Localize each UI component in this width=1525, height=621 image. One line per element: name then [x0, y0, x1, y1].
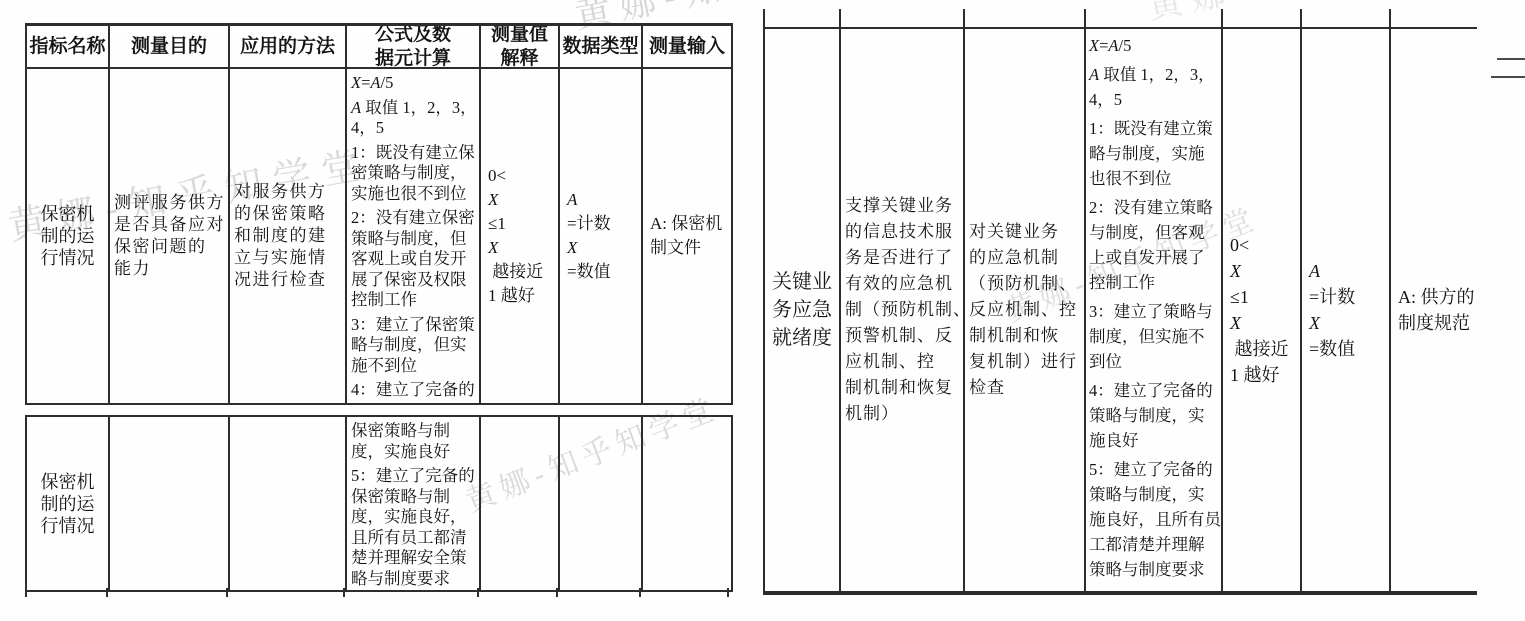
col-header-indicator-name: 指标名称: [27, 26, 110, 69]
table-line-stub: [343, 588, 345, 597]
cell-indicator-name: 关键业 务应急 就绪度: [765, 29, 841, 591]
table-line-stub: [727, 588, 729, 597]
col-header-applied-method: 应用的方法: [230, 26, 347, 69]
table-line-stub: [25, 588, 27, 597]
cell-value-interpretation: 0<X≤1X 越接近1 越好: [481, 69, 560, 403]
cell-indicator-name: 保密机 制的运 行情况: [27, 417, 110, 590]
cell-measure-input: A: 保密机 制文件: [643, 69, 731, 403]
cell-data-type: [560, 417, 643, 590]
col-header-value-interpretation: 测量值 解释: [481, 26, 560, 69]
cell-data-type: A=计数X=数值: [560, 69, 643, 403]
table-line-stub: [963, 9, 965, 27]
cell-measure-purpose: [110, 417, 230, 590]
cell-value-interpretation: [481, 417, 560, 590]
cell-value-interpretation: 0<X≤1X 越接近1 越好: [1223, 29, 1302, 591]
table-line-stub: [839, 9, 841, 27]
col-header-formula: 公式及数 据元计算: [347, 26, 481, 69]
table-line-stub: [226, 588, 228, 597]
watermark: 黄娜-知乎知学堂: [1143, 0, 1468, 29]
cell-applied-method: 对服务供方 的保密策略 和制度的建 立与实施情 况进行检查: [230, 69, 347, 403]
scan-artifact-dash: [1497, 58, 1525, 60]
left-table-bottom-block: 保密机 制的运 行情况 保密策略与制度，实施良好5：建立了完备的保密策略与制度，…: [25, 415, 733, 592]
table-line-stub: [106, 588, 108, 597]
table-line-stub: [1084, 9, 1086, 27]
cell-applied-method: 对关键业务 的应急机制 （预防机制、 反应机制、控 制机制和恢 复机制）进行 检…: [965, 29, 1086, 591]
table-line-stub: [556, 588, 558, 597]
table-line-stub: [639, 588, 641, 597]
cell-formula: 保密策略与制度，实施良好5：建立了完备的保密策略与制度，实施良好，且所有员工都清…: [347, 417, 481, 590]
cell-formula: X=A/5A 取值 1，2，3，4，51：既没有建立保密策略与制度，实施也很不到…: [347, 69, 481, 403]
col-header-data-type: 数据类型: [560, 26, 643, 69]
scanned-document-page: 黄娜-知乎 黄娜-知乎知学堂 黄娜-知乎知学堂 黄娜-知乎知学堂 黄娜-知乎知学…: [0, 0, 1525, 621]
right-table-block: 关键业 务应急 就绪度 支撑关键业务 的信息技术服 务是否进行了 有效的应急机 …: [763, 27, 1477, 595]
table-line-stub: [477, 588, 479, 597]
cell-measure-purpose: 测评服务供方 是否具备应对 保密问题的 能力: [110, 69, 230, 403]
table-line-stub: [1221, 9, 1223, 27]
cell-formula: X=A/5A 取值 1，2，3，4，51：既没有建立策略与制度，实施也很不到位2…: [1086, 29, 1223, 591]
table-line-stub: [1389, 9, 1391, 27]
cell-indicator-name: 保密机 制的运 行情况: [27, 69, 110, 403]
cell-measure-input: A: 供方的 制度规范: [1391, 29, 1477, 591]
cell-measure-purpose: 支撑关键业务 的信息技术服 务是否进行了 有效的应急机 制（预防机制、 预警机制…: [841, 29, 965, 591]
col-header-measure-purpose: 测量目的: [110, 26, 230, 69]
scan-artifact-dash: [1491, 76, 1525, 78]
cell-data-type: A=计数X=数值: [1302, 29, 1391, 591]
table-line-stub: [1300, 9, 1302, 27]
col-header-measure-input: 测量输入: [643, 26, 731, 69]
cell-applied-method: [230, 417, 347, 590]
table-line-stub: [763, 9, 765, 27]
cell-measure-input: [643, 417, 731, 590]
left-table-top-block: 指标名称 测量目的 应用的方法 公式及数 据元计算 测量值 解释 数据类型 测量…: [25, 23, 733, 405]
